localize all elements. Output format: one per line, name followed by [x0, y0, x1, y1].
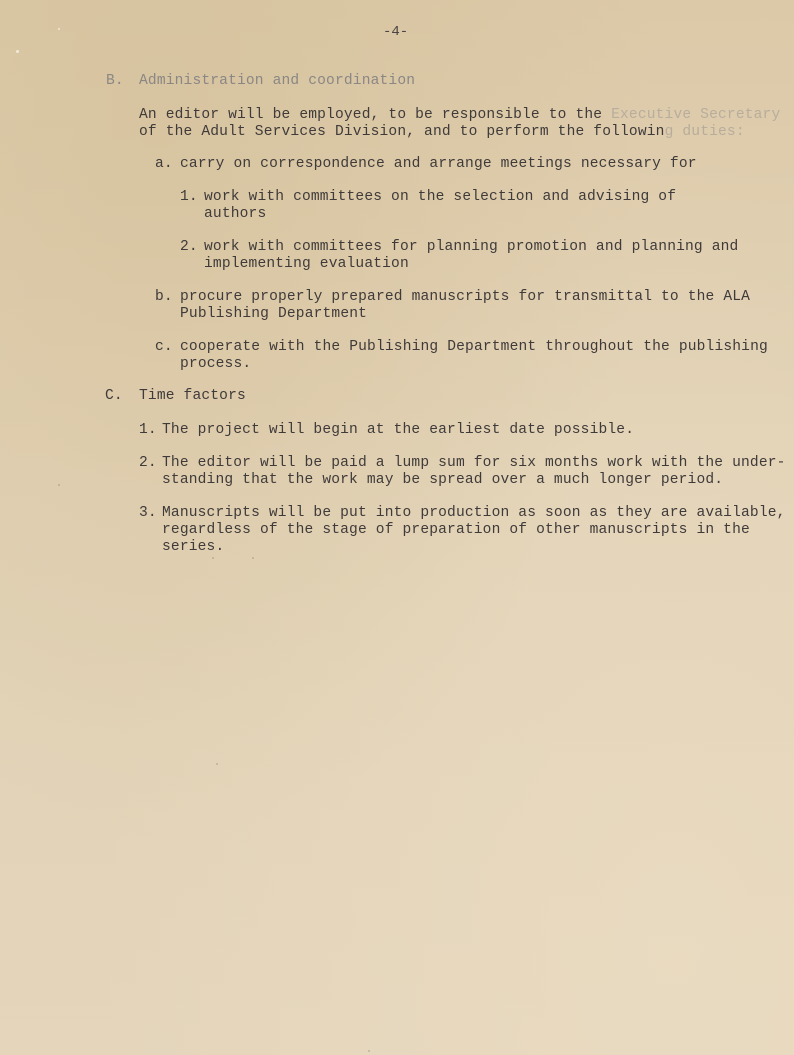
- time-item-3-line-1: Manuscripts will be put into production …: [162, 505, 786, 522]
- paper-speck: [16, 50, 19, 53]
- paper-spot: [252, 557, 254, 559]
- time-item-2-line-2: standing that the work may be spread ove…: [162, 472, 723, 489]
- section-b-intro-line-1: An editor will be employed, to be respon…: [139, 107, 780, 124]
- intro-line-1-faded-text: Executive Secretary: [611, 107, 780, 123]
- duty-a-marker: a.: [155, 156, 173, 173]
- duty-c-line-2: process.: [180, 356, 251, 373]
- paper-spot: [216, 763, 218, 765]
- paper-spot: [368, 1050, 370, 1052]
- duty-b-line-2: Publishing Department: [180, 306, 367, 323]
- document-page: -4- B. Administration and coordination A…: [0, 0, 794, 1055]
- duty-c-marker: c.: [155, 339, 173, 356]
- duty-c-line-1: cooperate with the Publishing Department…: [180, 339, 768, 356]
- duty-a-text: carry on correspondence and arrange meet…: [180, 156, 697, 173]
- time-item-2-line-1: The editor will be paid a lump sum for s…: [162, 455, 786, 472]
- paper-spot: [212, 557, 214, 559]
- paper-spot: [58, 484, 60, 486]
- page-number: -4-: [383, 24, 408, 40]
- time-item-1-line-1: The project will begin at the earliest d…: [162, 422, 634, 439]
- duty-a-subitem-1-marker: 1.: [180, 189, 198, 206]
- time-item-3-line-2: regardless of the stage of preparation o…: [162, 522, 750, 539]
- time-item-2-marker: 2.: [139, 455, 157, 472]
- duty-a-subitem-2-line-1: work with committees for planning promot…: [204, 239, 738, 256]
- duty-a-subitem-1-line-2: authors: [204, 206, 266, 223]
- section-b-marker: B.: [106, 73, 124, 90]
- time-item-3-marker: 3.: [139, 505, 157, 522]
- time-item-1-marker: 1.: [139, 422, 157, 439]
- duty-a-subitem-1-line-1: work with committees on the selection an…: [204, 189, 676, 206]
- duty-b-marker: b.: [155, 289, 173, 306]
- section-b-title: Administration and coordination: [139, 73, 415, 90]
- section-c-marker: C.: [105, 388, 123, 405]
- duty-a-subitem-2-line-2: implementing evaluation: [204, 256, 409, 273]
- duty-b-line-1: procure properly prepared manuscripts fo…: [180, 289, 750, 306]
- time-item-3-line-3: series.: [162, 539, 224, 556]
- paper-speck: [58, 28, 60, 30]
- duty-a-subitem-2-marker: 2.: [180, 239, 198, 256]
- intro-line-1-text: An editor will be employed, to be respon…: [139, 107, 611, 123]
- section-b-intro-line-2: of the Adult Services Division, and to p…: [139, 124, 745, 141]
- intro-line-2-text: of the Adult Services Division, and to p…: [139, 124, 665, 140]
- intro-line-2-faded-text: g duties:: [665, 124, 745, 140]
- section-c-title: Time factors: [139, 388, 246, 405]
